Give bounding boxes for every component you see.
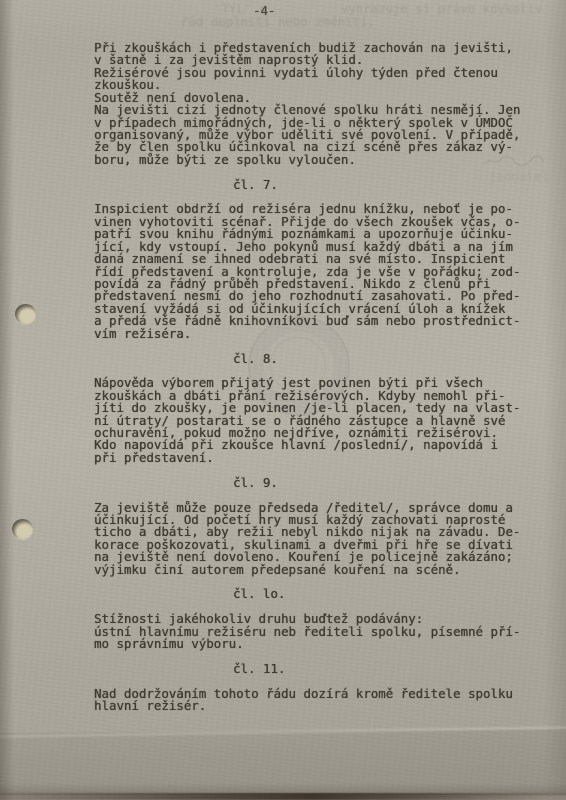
paragraph: Při zkouškách i představeních budiž zach… [94,42,534,166]
paragraph: Za jeviště může pouze předseda /ředitel/… [94,502,534,577]
article-heading: čl. 9. [94,477,534,489]
bottom-shadow-fade [0,783,566,795]
punch-hole [12,519,33,539]
article-heading: čl. 11. [94,663,534,675]
bleedthrough-line: řád doplniti nebo změniti, [181,16,375,28]
paragraph: Nápověda výborem přijatý jest povinen bý… [94,377,534,464]
article-heading: čl. 8. [94,353,534,365]
punch-hole [15,304,36,324]
document-body: Při zkouškách i představeních budiž zach… [94,42,534,713]
fold-crease [0,726,566,738]
table-edge-strip [0,793,566,800]
article-heading: čl. lo. [94,588,534,600]
paragraph: Stížnosti jakéhokoliv druhu buďtež podáv… [94,613,534,650]
article-heading: čl. 7. [94,179,534,191]
scanned-document-page: 'TYL' v vyhrazuje si právo kdykoliv řád … [0,0,566,800]
left-page-edge-shadow [0,0,14,800]
paragraph: Nad dodržováním tohoto řádu dozírá kromě… [94,688,534,713]
right-page-edge-shadow [544,0,566,800]
paragraph: Inspicient obdrží od režiséra jednu kníž… [94,203,534,340]
page-number: -4- [253,4,275,17]
below-crease-shading [0,729,566,800]
